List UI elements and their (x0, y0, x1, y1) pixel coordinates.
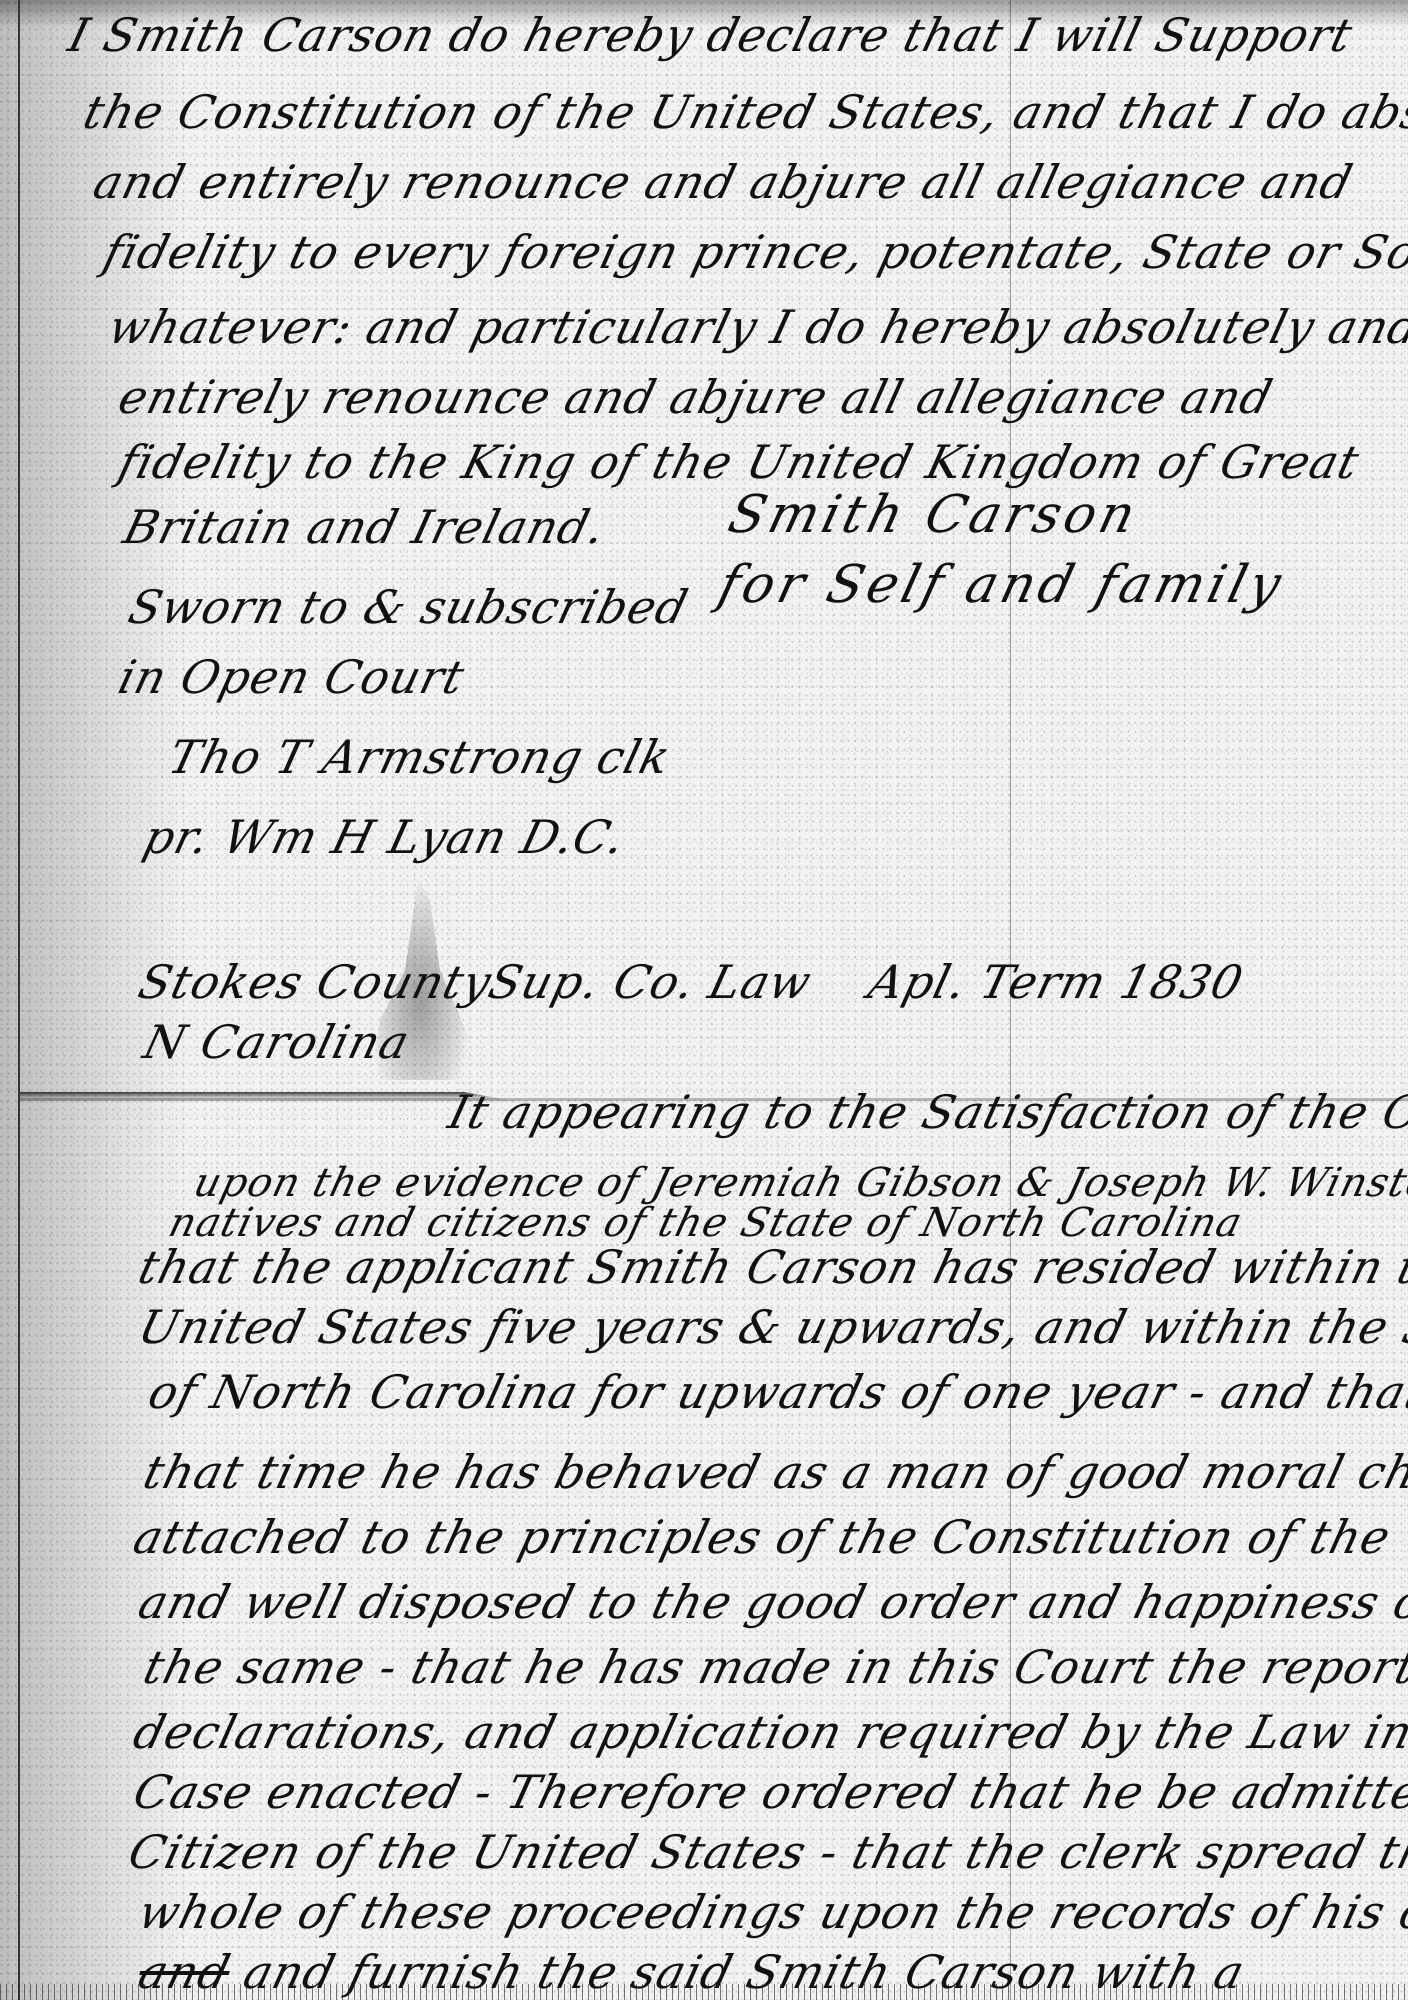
attestation-line: Sworn to & subscribed (123, 580, 694, 634)
record-line: the same - that he has made in this Cour… (138, 1640, 1408, 1694)
oath-line: entirely renounce and abjure all allegia… (113, 370, 1278, 424)
oath-line: fidelity to the King of the United Kingd… (113, 435, 1365, 489)
record-line: that time he has behaved as a man of goo… (138, 1445, 1408, 1499)
court-term: Apl. Term 1830 (863, 955, 1249, 1009)
county-name: Stokes County (133, 955, 497, 1009)
record-line: that the applicant Smith Carson has resi… (133, 1240, 1408, 1294)
record-line: It appearing to the Satisfaction of the … (443, 1085, 1408, 1139)
oath-line: Britain and Ireland. (118, 500, 611, 554)
attestation-line: in Open Court (113, 650, 470, 704)
oath-line: the Constitution of the United States, a… (78, 85, 1408, 139)
record-line: and well disposed to the good order and … (133, 1575, 1408, 1629)
state-name: N Carolina (138, 1015, 415, 1069)
oath-line: I Smith Carson do hereby declare that I … (63, 8, 1358, 62)
court-name: Sup. Co. Law (483, 955, 817, 1009)
signature-note: for Self and family (713, 555, 1291, 615)
record-line: whole of these proceedings upon the reco… (133, 1885, 1408, 1939)
record-line: Case enacted - Therefore ordered that he… (128, 1765, 1408, 1819)
oath-line: fidelity to every foreign prince, potent… (98, 225, 1408, 279)
record-line: Citizen of the United States - that the … (123, 1825, 1408, 1879)
record-line: declarations, and application required b… (128, 1705, 1408, 1759)
page-left-edge (18, 0, 20, 2000)
oath-line: and entirely renounce and abjure all all… (88, 155, 1358, 209)
oath-line: whatever: and particularly I do hereby a… (103, 300, 1408, 354)
record-line: attached to the principles of the Consti… (128, 1510, 1408, 1564)
applicant-signature: Smith Carson (723, 485, 1146, 545)
clerk-signature: Tho T Armstrong clk (163, 730, 676, 784)
record-line: of North Carolina for upwards of one yea… (143, 1365, 1408, 1419)
scan-bottom-edge (0, 1984, 1408, 2000)
record-line: United States five years & upwards, and … (133, 1300, 1408, 1354)
scanned-document-page: I Smith Carson do hereby declare that I … (0, 0, 1408, 2000)
deputy-clerk-signature: pr. Wm H Lyan D.C. (138, 810, 631, 864)
